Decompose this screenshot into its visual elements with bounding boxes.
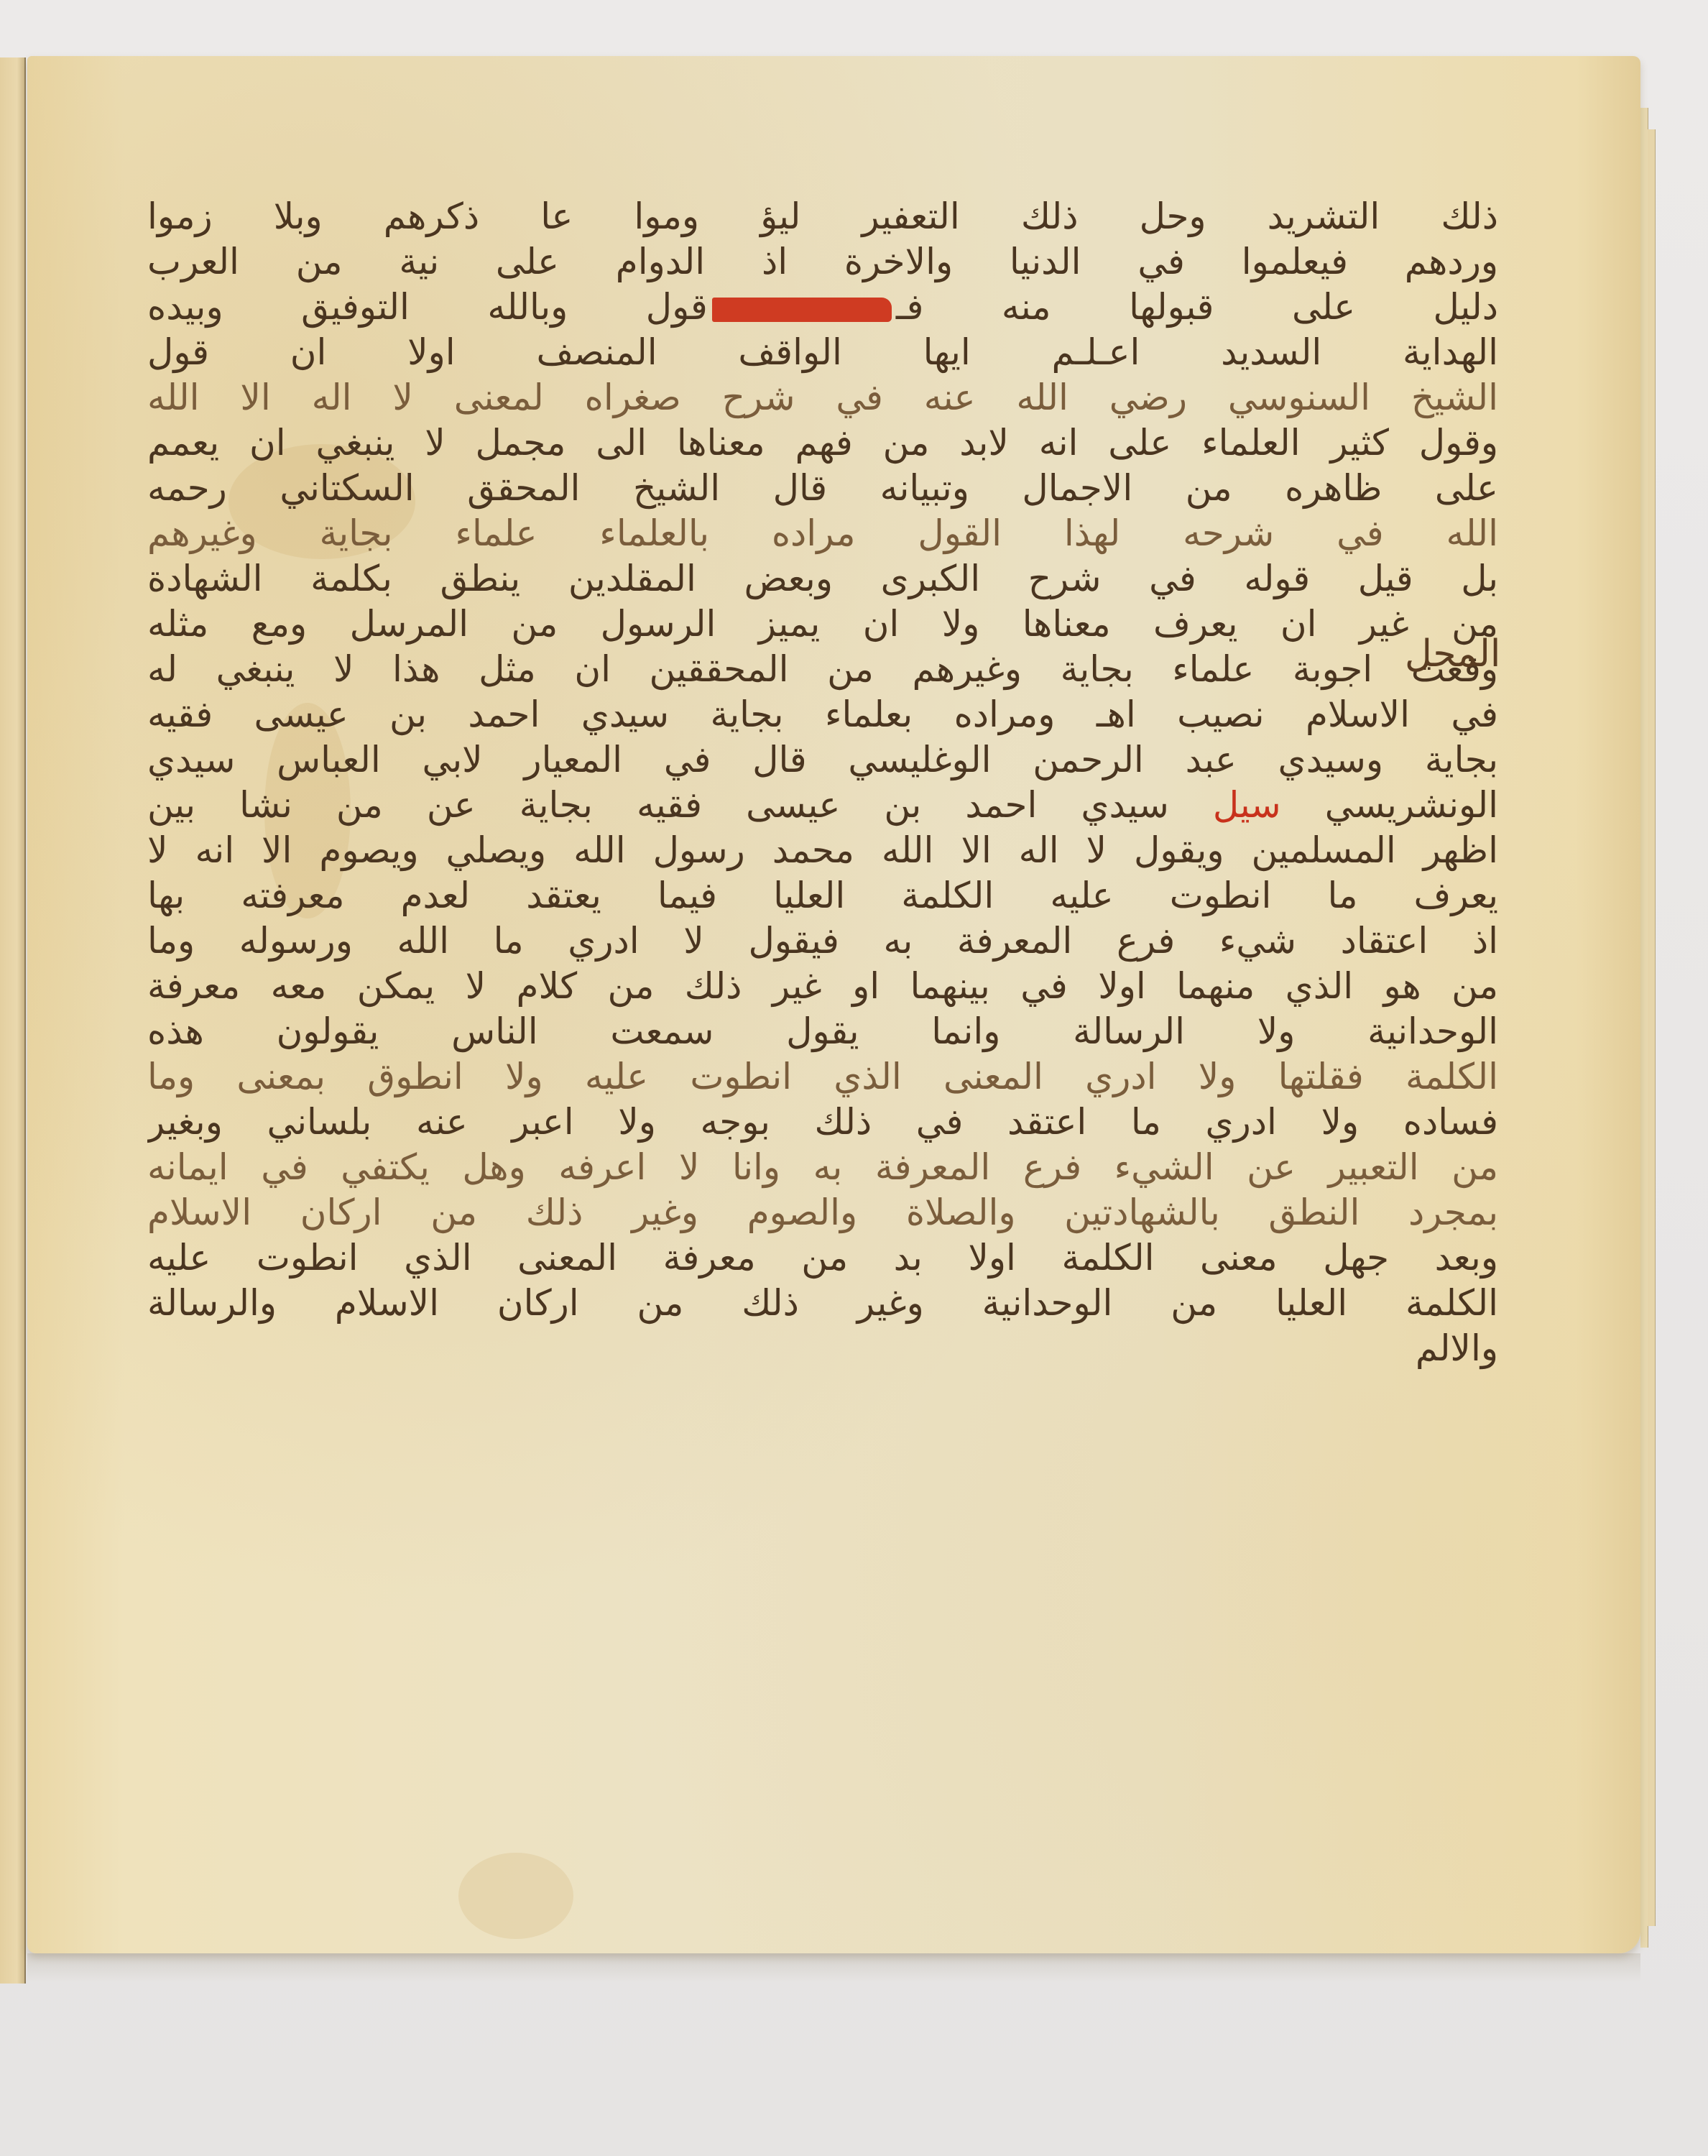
text-line-17: اذ اعتقاد شيء فرع المعرفة به فيقول لا اد… [147,918,1498,964]
text-line-4: الهداية السديد اعـلـم ايها الواقف المنصف… [147,330,1498,375]
text-line-5: الشيخ السنوسي رضي الله عنه في شرح صغراه … [147,375,1498,420]
text-line-9: بل قيل قوله في شرح الكبرى وبعض المقلدين … [147,556,1498,602]
text-line-12: في الاسلام نصيب اهـ ومراده بعلماء بجاية … [147,692,1498,737]
text-line-11: وقعت اجوبة علماء بجاية وغيرهم من المحققي… [147,647,1498,692]
text-line-10: من غير ان يعرف معناها ولا ان يميز الرسول… [147,602,1498,647]
text-line-19: الوحدانية ولا الرسالة وانما يقول سمعت ال… [147,1009,1498,1054]
text-line-26: والالم [147,1326,1498,1371]
text-line-16: يعرف ما انطوت عليه الكلمة العليا فيما يع… [147,873,1498,918]
text-line-6: وقول كثير العلماء على انه لابد من فهم مع… [147,420,1498,466]
manuscript-text: ذلك التشريد وحل ذلك التعفير ليؤ وموا عا … [147,194,1498,1371]
text-line-20: الكلمة فقلتها ولا ادري المعنى الذي انطوت… [147,1054,1498,1100]
text-line-3: دليل على قبولها منه فـقول وبالله التوفيق… [147,285,1498,330]
text-line-18: من هو الذي منهما اولا في بينهما او غير ذ… [147,964,1498,1009]
facing-page-edge [0,57,26,1984]
text-line-23: بمجرد النطق بالشهادتين والصلاة والصوم وغ… [147,1190,1498,1235]
text-line-8: الله في شرحه لهذا القول مراده بالعلماء ع… [147,511,1498,556]
page-shadow [27,1953,1640,1982]
text-line-3-text: دليل على قبولها منه فـ [896,286,1498,328]
text-line-7: على ظاهره من الاجمال وتبيانه قال الشيخ ا… [147,466,1498,511]
photo-background: ذلك التشريد وحل ذلك التعفير ليؤ وموا عا … [0,0,1708,2156]
rubric-word: سيل [1213,784,1281,826]
text-line-21: فساده ولا ادري ما اعتقد في ذلك بوجه ولا … [147,1100,1498,1145]
page-edge [1648,129,1656,1926]
text-line-14: الونشريسي سيل سيدي احمد بن عيسى فقيه بجا… [147,783,1498,828]
rubric-bar [712,298,892,322]
text-line-25: الكلمة العليا من الوحدانية وغير ذلك من ا… [147,1281,1498,1326]
water-stain [458,1853,573,1939]
text-line-24: وبعد جهل معنى الكلمة اولا بد من معرفة ال… [147,1235,1498,1281]
text-line-13: بجاية وسيدي عبد الرحمن الوغليسي قال في ا… [147,737,1498,783]
text-line-15: اظهر المسلمين ويقول لا اله الا الله محمد… [147,828,1498,873]
text-line-2: وردهم فيعلموا في الدنيا والاخرة اذ الدوا… [147,239,1498,285]
marginal-note: المحل [1405,632,1500,676]
text-line-1: ذلك التشريد وحل ذلك التعفير ليؤ وموا عا … [147,194,1498,239]
text-line-22: من التعبير عن الشيء فرع المعرفة به وانا … [147,1145,1498,1190]
